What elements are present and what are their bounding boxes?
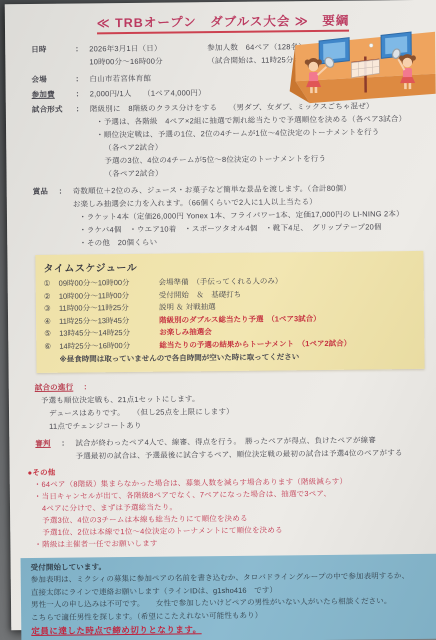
item-time: 13時45分～14時25分 <box>59 327 159 341</box>
match-format-lines: 階級別に 8階級のクラス分けをする （男ダブ、女ダブ、ミックスごちゃ混ぜ） ・予… <box>90 99 436 181</box>
registration-box: 受付開始しています。 参加表明は、ミクシィの募集に参加ペアの名前を書き込むか、タ… <box>21 553 436 640</box>
document-paper: ≪ TRBオープン ダブルス大会 ≫ 要綱 <box>5 0 436 630</box>
item-number: ⑥ <box>44 340 59 353</box>
item-time: 14時25分～16時00分 <box>59 339 159 353</box>
match-format-label: 試合形式 <box>32 103 76 116</box>
colon: ： <box>83 382 91 391</box>
match-progress-section: 試合の進行 ： 予選も順位決定戦も、21点1セットにします。 デュースはありです… <box>35 376 436 432</box>
colon: ： <box>75 42 89 55</box>
datetime-line: 2026年3月1日（日） <box>89 41 207 55</box>
item-time: 11時00分～11時25分 <box>59 302 159 316</box>
time-schedule-box: タイムスケジュール ① 09時00分～10時00分 会場準備 （手伝ってくれる人… <box>35 251 424 373</box>
item-desc: 会場準備 （手伝ってくれる人のみ） <box>159 275 283 289</box>
item-time: 10時00分～11時00分 <box>59 289 159 303</box>
referee-section: 審判 ： 試合が終わったペア4人で、線審、得点を行う。 勝ったペアが得点、負けた… <box>35 432 436 462</box>
datetime-label: 日時 <box>31 43 75 56</box>
item-time: 09時00分～10時00分 <box>59 277 159 291</box>
colon: ： <box>61 436 75 449</box>
datetime-line: 10時00分～16時00分 <box>89 54 207 68</box>
item-time: 11時25分～13時45分 <box>59 314 159 328</box>
item-desc: 受付開始 ＆ 基礎打ち <box>159 288 242 301</box>
prize-label: 賞品 <box>33 185 59 198</box>
item-desc: お楽しみ抽選会 <box>159 326 212 339</box>
item-number: ④ <box>44 315 59 328</box>
prize-lines: 奇数順位＋2位のみ、ジュース・お菓子など簡単な景品を渡します。（合計80個） お… <box>73 181 436 250</box>
item-number: ② <box>44 290 59 303</box>
colon: ： <box>76 87 90 100</box>
venue-label: 会場 <box>31 73 75 86</box>
referee-label: 審判 <box>35 436 61 449</box>
referee-lines: 試合が終わったペア4人で、線審、得点を行う。 勝ったペアが得点、負けたペアが線審… <box>75 432 436 462</box>
item-desc: 説明 ＆ 対戦抽選 <box>159 301 216 314</box>
match-format-row: 試合形式 ： 階級別に 8階級のクラス分けをする （男ダブ、女ダブ、ミックスごち… <box>32 99 436 181</box>
time-schedule-title: タイムスケジュール <box>43 256 415 275</box>
fee-label: 参加費 <box>32 88 76 101</box>
item-desc: 階級別のダブルス総当たり予選 （1ペア3試合） <box>159 312 321 326</box>
prize-line: ・その他 20個くらい <box>73 233 436 250</box>
prize-row: 賞品 ： 奇数順位＋2位のみ、ジュース・お菓子など簡単な景品を渡します。（合計8… <box>33 181 436 250</box>
colon: ： <box>75 72 89 85</box>
format-line: （各ペア2試合） <box>90 164 436 181</box>
item-number: ③ <box>44 303 59 316</box>
schedule-lunch-note: ※昼食時間は取っていませんので各自時間が空いた時に取ってください <box>44 350 416 366</box>
others-section: ●その他 ・64ペア（8階級）集まらなかった場合は、募集人数を減らす場合あります… <box>28 462 436 550</box>
colon: ： <box>76 102 90 115</box>
badminton-kids-illustration <box>285 28 436 110</box>
item-number: ① <box>44 278 59 291</box>
datetime-value: 2026年3月1日（日） 10時00分～16時00分 <box>89 41 207 68</box>
progress-label: 試合の進行 <box>35 382 74 391</box>
item-desc: 総当たりの予選の結果からトーナメント （1ペア2試合） <box>159 337 351 352</box>
item-number: ⑤ <box>44 328 59 341</box>
colon: ： <box>59 185 73 198</box>
